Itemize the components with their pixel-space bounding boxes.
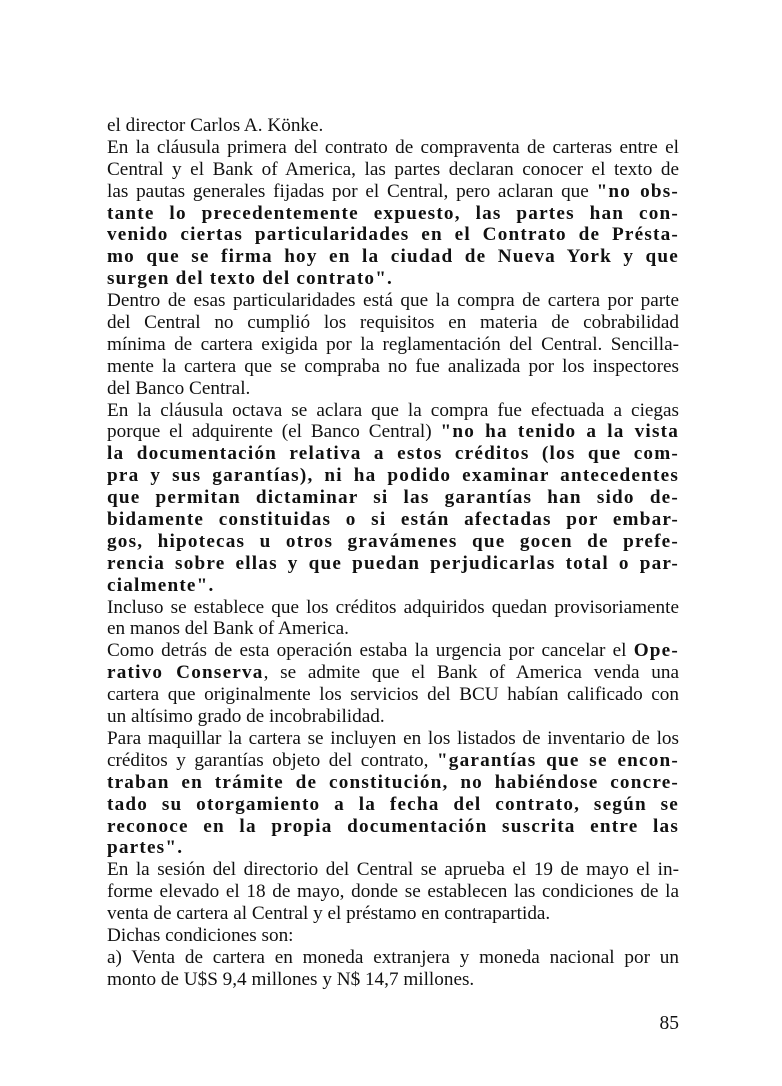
- paragraph: Dentro de esas particularidades está que…: [107, 290, 679, 399]
- bold-quote-text: traban en trámite de constitución, no ha…: [107, 772, 679, 793]
- body-text: en manos del Bank of America.: [107, 618, 349, 639]
- paragraph: a) Venta de cartera en moneda extranjera…: [107, 947, 679, 991]
- text-line: Dentro de esas particularidades está que…: [107, 290, 679, 312]
- body-text: venta de cartera al Central y el préstam…: [107, 903, 550, 924]
- text-line: venta de cartera al Central y el préstam…: [107, 903, 679, 925]
- text-line: tante lo precedentemente expuesto, las p…: [107, 203, 679, 225]
- paragraph: Dichas condiciones son:: [107, 925, 679, 947]
- body-text: el director Carlos A. Könke.: [107, 115, 323, 136]
- text-line: pra y sus garantías), ni ha podido exami…: [107, 465, 679, 487]
- text-line: tado su otorgamiento a la fecha del cont…: [107, 794, 679, 816]
- body-text: forme elevado el 18 de mayo, donde se es…: [107, 881, 679, 902]
- bold-quote-text: venido ciertas particularidades en el Co…: [107, 224, 679, 245]
- text-line: el director Carlos A. Könke.: [107, 115, 679, 137]
- text-line: Dichas condiciones son:: [107, 925, 679, 947]
- text-line: En la cláusula octava se aclara que la c…: [107, 400, 679, 422]
- bold-quote-text: surgen del texto del contrato".: [107, 268, 393, 289]
- bold-quote-text: partes".: [107, 837, 183, 858]
- body-text: mínima de cartera exigida por la reglame…: [107, 334, 679, 355]
- body-text: un altísimo grado de incobrabilidad.: [107, 706, 385, 727]
- text-line: rencia sobre ellas y que puedan perjudic…: [107, 553, 679, 575]
- body-text: porque el adquirente (el Banco Central): [107, 421, 441, 442]
- text-line: forme elevado el 18 de mayo, donde se es…: [107, 881, 679, 903]
- text-line: Incluso se establece que los créditos ad…: [107, 597, 679, 619]
- body-text: Dentro de esas particularidades está que…: [107, 290, 679, 311]
- bold-quote-text: gos, hipotecas u otros gravámenes que go…: [107, 531, 679, 552]
- paragraph: el director Carlos A. Könke.: [107, 115, 679, 137]
- text-line: cialmente".: [107, 575, 679, 597]
- text-line: partes".: [107, 837, 679, 859]
- text-line: En la cláusula primera del contrato de c…: [107, 137, 679, 159]
- paragraph: En la sesión del directorio del Central …: [107, 859, 679, 925]
- body-text: Dichas condiciones son:: [107, 925, 294, 946]
- bold-quote-text: pra y sus garantías), ni ha podido exami…: [107, 465, 679, 486]
- body-text: , se admite que el Bank of America venda…: [264, 662, 679, 683]
- body-text: En la cláusula octava se aclara que la c…: [107, 400, 679, 421]
- bold-quote-text: rencia sobre ellas y que puedan perjudic…: [107, 553, 679, 574]
- body-text: Como detrás de esta operación estaba la …: [107, 640, 634, 661]
- bold-quote-text: "no ha tenido a la vista: [441, 421, 679, 442]
- text-line: mo que se firma hoy en la ciudad de Nuev…: [107, 246, 679, 268]
- bold-quote-text: tante lo precedentemente expuesto, las p…: [107, 203, 679, 224]
- text-line: rativo Conserva, se admite que el Bank o…: [107, 662, 679, 684]
- bold-quote-text: que permitan dictaminar si las garantías…: [107, 487, 679, 508]
- body-text: las pautas generales fijadas por el Cent…: [107, 181, 597, 202]
- body-text: mente la cartera que se compraba no fue …: [107, 356, 679, 377]
- body-text: Central y el Bank of America, las partes…: [107, 159, 679, 180]
- text-line: gos, hipotecas u otros gravámenes que go…: [107, 531, 679, 553]
- text-line: mínima de cartera exigida por la reglame…: [107, 334, 679, 356]
- page-number: 85: [660, 1013, 680, 1035]
- bold-quote-text: "no obs-: [597, 181, 679, 202]
- text-line: del Banco Central.: [107, 378, 679, 400]
- text-line: reconoce en la propia documentación susc…: [107, 816, 679, 838]
- text-line: que permitan dictaminar si las garantías…: [107, 487, 679, 509]
- text-line: Central y el Bank of America, las partes…: [107, 159, 679, 181]
- paragraph: Incluso se establece que los créditos ad…: [107, 597, 679, 641]
- body-text: a) Venta de cartera en moneda extranjera…: [107, 947, 679, 968]
- body-text: del Central no cumplió los requisitos en…: [107, 312, 679, 333]
- text-line: traban en trámite de constitución, no ha…: [107, 772, 679, 794]
- body-text: créditos y garantías objeto del contrato…: [107, 750, 437, 771]
- text-line: Para maquillar la cartera se incluyen en…: [107, 728, 679, 750]
- text-line: un altísimo grado de incobrabilidad.: [107, 706, 679, 728]
- body-text: monto de U$S 9,4 millones y N$ 14,7 mill…: [107, 969, 474, 990]
- paragraph: En la cláusula primera del contrato de c…: [107, 137, 679, 290]
- text-line: mente la cartera que se compraba no fue …: [107, 356, 679, 378]
- text-line: venido ciertas particularidades en el Co…: [107, 224, 679, 246]
- paragraph: Para maquillar la cartera se incluyen en…: [107, 728, 679, 859]
- paragraph: Como detrás de esta operación estaba la …: [107, 640, 679, 728]
- bold-quote-text: "garantías que se encon-: [437, 750, 679, 771]
- text-line: surgen del texto del contrato".: [107, 268, 679, 290]
- body-text: En la sesión del directorio del Central …: [107, 859, 679, 880]
- text-line: En la sesión del directorio del Central …: [107, 859, 679, 881]
- bold-quote-text: rativo Conserva: [107, 662, 264, 683]
- body-text: cartera que originalmente los servicios …: [107, 684, 679, 705]
- bold-quote-text: cialmente".: [107, 575, 215, 596]
- text-line: cartera que originalmente los servicios …: [107, 684, 679, 706]
- paragraph: En la cláusula octava se aclara que la c…: [107, 400, 679, 597]
- bold-quote-text: la documentación relativa a estos crédit…: [107, 443, 679, 464]
- text-line: porque el adquirente (el Banco Central) …: [107, 421, 679, 443]
- text-line: a) Venta de cartera en moneda extranjera…: [107, 947, 679, 969]
- bold-quote-text: reconoce en la propia documentación susc…: [107, 816, 679, 837]
- bold-quote-text: bidamente constituidas o si están afecta…: [107, 509, 679, 530]
- bold-quote-text: tado su otorgamiento a la fecha del cont…: [107, 794, 679, 815]
- body-text: Incluso se establece que los créditos ad…: [107, 597, 679, 618]
- body-text: Para maquillar la cartera se incluyen en…: [107, 728, 679, 749]
- text-line: Como detrás de esta operación estaba la …: [107, 640, 679, 662]
- body-text: En la cláusula primera del contrato de c…: [107, 137, 679, 158]
- bold-quote-text: Ope-: [634, 640, 679, 661]
- text-line: del Central no cumplió los requisitos en…: [107, 312, 679, 334]
- body-text: del Banco Central.: [107, 378, 250, 399]
- text-line: créditos y garantías objeto del contrato…: [107, 750, 679, 772]
- text-line: monto de U$S 9,4 millones y N$ 14,7 mill…: [107, 969, 679, 991]
- text-line: en manos del Bank of America.: [107, 618, 679, 640]
- text-line: la documentación relativa a estos crédit…: [107, 443, 679, 465]
- text-line: bidamente constituidas o si están afecta…: [107, 509, 679, 531]
- bold-quote-text: mo que se firma hoy en la ciudad de Nuev…: [107, 246, 679, 267]
- document-body: el director Carlos A. Könke.En la cláusu…: [107, 115, 679, 991]
- text-line: las pautas generales fijadas por el Cent…: [107, 181, 679, 203]
